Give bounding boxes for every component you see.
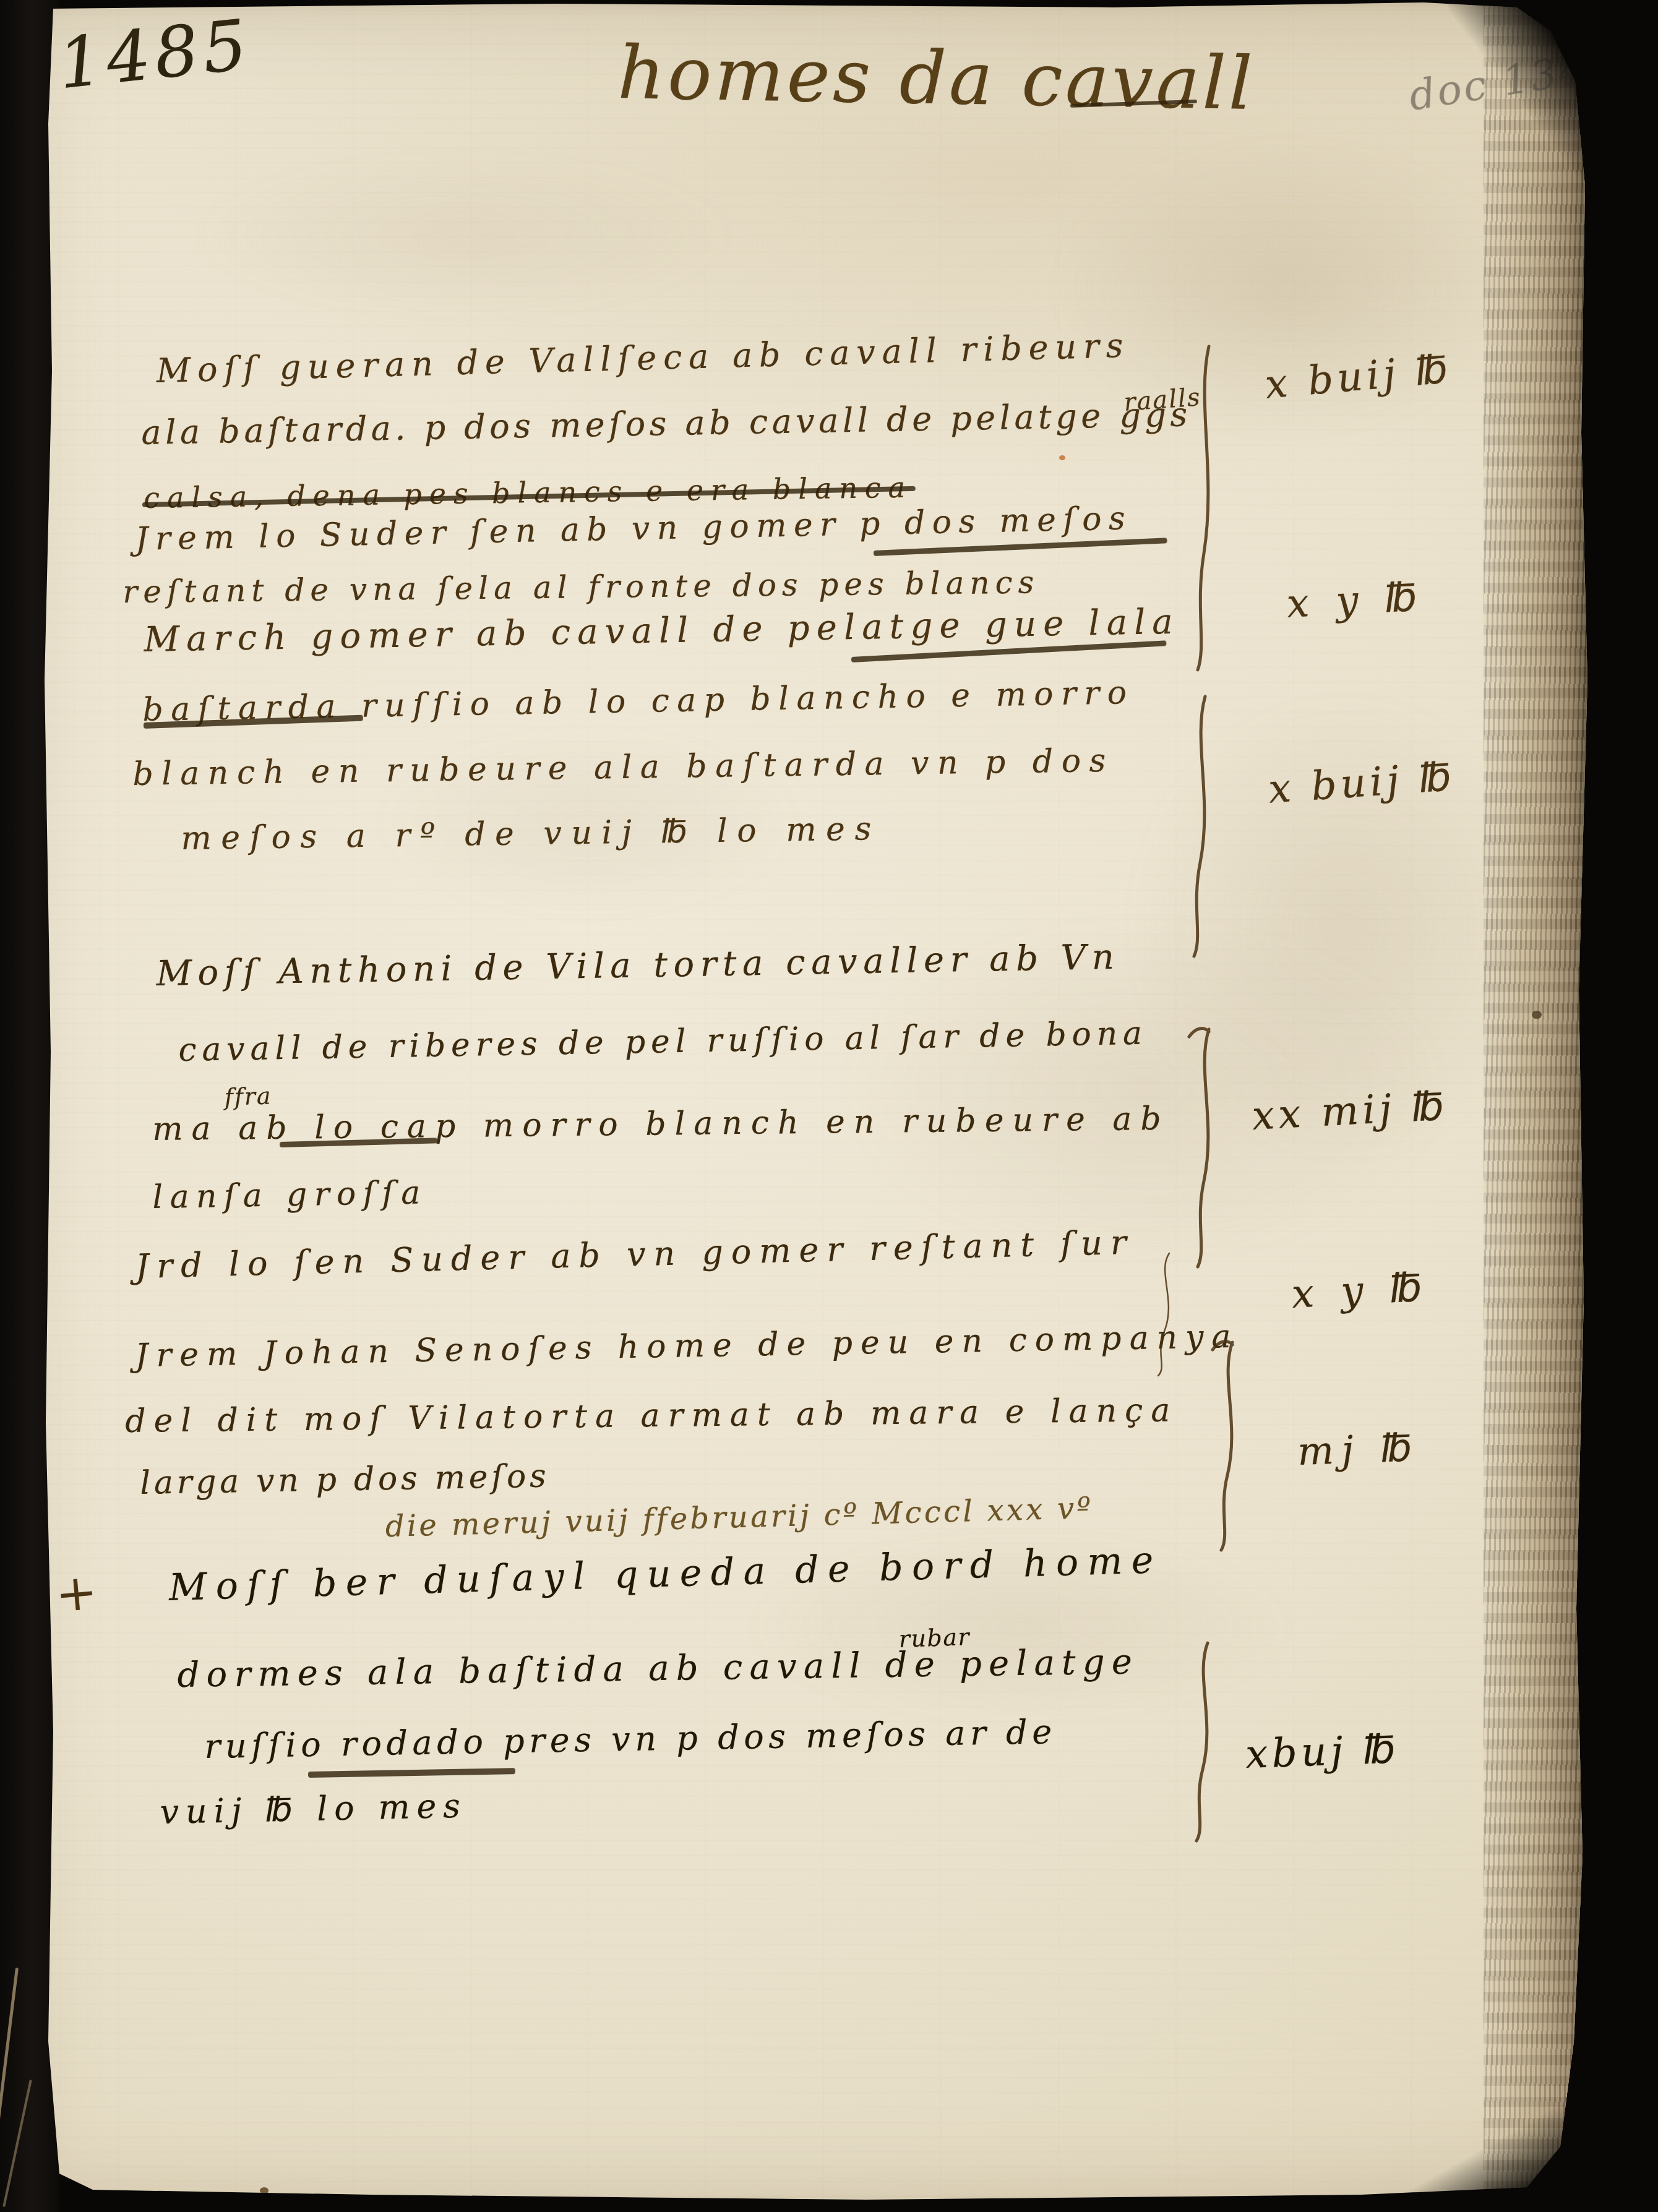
binding-thread xyxy=(0,1968,19,2140)
entry4-superscript: ffra xyxy=(224,1082,272,1111)
bleedthrough-smudge xyxy=(186,155,742,315)
entry1-superscript: raalls xyxy=(1123,383,1202,417)
ink-speck xyxy=(1059,455,1065,460)
manuscript-photo: 1485homes da cavalldoc 134Moſſ gueran de… xyxy=(0,0,1658,2212)
bleedthrough-smudge xyxy=(1126,693,1559,1163)
account-brace xyxy=(1147,1248,1187,1387)
entry3-line1: March gomer ab cavall de pelatge gue lal… xyxy=(144,602,1180,660)
entry7-superscript: rubar xyxy=(898,1623,971,1653)
entry7-line3: ruſſio rodado pres vn p dos meſos ar de xyxy=(204,1712,1057,1766)
entry1-amount: x buij ℔ xyxy=(1263,346,1454,408)
cancellation-stroke xyxy=(142,486,916,507)
cancellation-stroke xyxy=(874,538,1167,556)
entry4-line3: ma ab lo cap morro blanch en rubeure ab xyxy=(152,1100,1170,1148)
account-brace xyxy=(1183,692,1222,967)
bleedthrough-smudge xyxy=(835,915,1454,1262)
entry4-line4: lanſa groſſa xyxy=(152,1174,427,1216)
entry6-line3: larga vn p dos meſos xyxy=(140,1457,550,1502)
cancellation-stroke xyxy=(144,715,363,729)
cancellation-stroke xyxy=(280,1138,437,1147)
entry2-line1: Jrem lo Suder ſen ab vn gomer p dos meſo… xyxy=(135,500,1133,558)
photo-background-corner-top-right xyxy=(1448,0,1658,272)
entry5-amount: x y ℔ xyxy=(1291,1264,1430,1318)
entry2-line2: reſtant de vna ſela al fronte dos pes bl… xyxy=(122,564,1040,610)
cancellation-stroke xyxy=(851,640,1167,662)
entry3-line4: meſos a rº de vuij ℔ lo mes xyxy=(181,810,881,857)
year-heading: 1485 xyxy=(54,4,255,105)
entry4-amount: xx mij ℔ xyxy=(1251,1083,1450,1139)
ink-speck xyxy=(292,2196,297,2200)
account-brace xyxy=(1210,1337,1250,1561)
entry6-line2: del dit moſ Vilatorta armat ab mara e la… xyxy=(125,1392,1179,1440)
binding-thread xyxy=(2,2080,32,2207)
cancellation-stroke xyxy=(1070,100,1197,108)
entry7-line1: Moſſ ber duſayl queda de bord home xyxy=(168,1538,1163,1610)
date-line: die meruj vuij ffebruarij cº Mcccl xxx v… xyxy=(385,1491,1094,1544)
cancellation-stroke xyxy=(308,1768,515,1778)
entry1-line3-struck: calsa, dena pes blancs e era blanca xyxy=(144,471,913,515)
entry1-line2: ala baſtarda. p dos meſos ab cavall de p… xyxy=(141,395,1192,452)
entry6-line1: Jrem Johan Senoſes home de peu en compan… xyxy=(135,1318,1239,1374)
entry4-line1: Moſſ Anthoni de Vila torta cavaller ab V… xyxy=(156,937,1120,994)
margin-cross: + xyxy=(53,1563,100,1623)
handwritten-ink-layer: 1485homes da cavalldoc 134Moſſ gueran de… xyxy=(0,0,1658,2212)
entry7-amount: xbuj ℔ xyxy=(1245,1726,1401,1778)
entry6-amount: mj ℔ xyxy=(1297,1425,1420,1474)
entry7-line2: dormes ala baſtida ab cavall de pelatge xyxy=(177,1642,1140,1695)
entry2-amount: x y ℔ xyxy=(1286,574,1425,627)
bleedthrough-smudge xyxy=(742,1534,1299,1720)
entry3-line3: blanch en rubeure ala baſtarda vn p dos xyxy=(132,742,1114,793)
ink-speck xyxy=(260,2187,268,2194)
account-brace xyxy=(1187,341,1226,681)
manuscript-paper-sheet: 1485homes da cavalldoc 134Moſſ gueran de… xyxy=(0,0,1658,2212)
entry3-amount: x buij ℔ xyxy=(1267,754,1457,813)
entry3-line2: baſtarda ruſſio ab lo cap blancho e morr… xyxy=(142,674,1135,729)
photo-background-corner-bottom-right xyxy=(1392,2060,1658,2212)
account-brace xyxy=(1187,1024,1226,1278)
entry1-line1: Moſſ gueran de Vallſeca ab cavall ribeur… xyxy=(156,326,1130,390)
account-brace xyxy=(1185,1638,1225,1852)
book-fore-edge-pages xyxy=(1484,0,1589,2212)
page-title: homes da cavall xyxy=(617,30,1256,126)
bleedthrough-smudge xyxy=(371,730,804,915)
entry7-line4: vuij ℔ lo mes xyxy=(160,1786,467,1832)
entry4-line2: cavall de riberes de pel ruſſio al ſar d… xyxy=(178,1015,1148,1069)
paper-texture xyxy=(0,0,1658,2212)
ink-speck xyxy=(1532,1011,1542,1019)
entry5-line1: Jrd lo ſen Suder ab vn gomer reſtant ſur xyxy=(135,1223,1135,1286)
